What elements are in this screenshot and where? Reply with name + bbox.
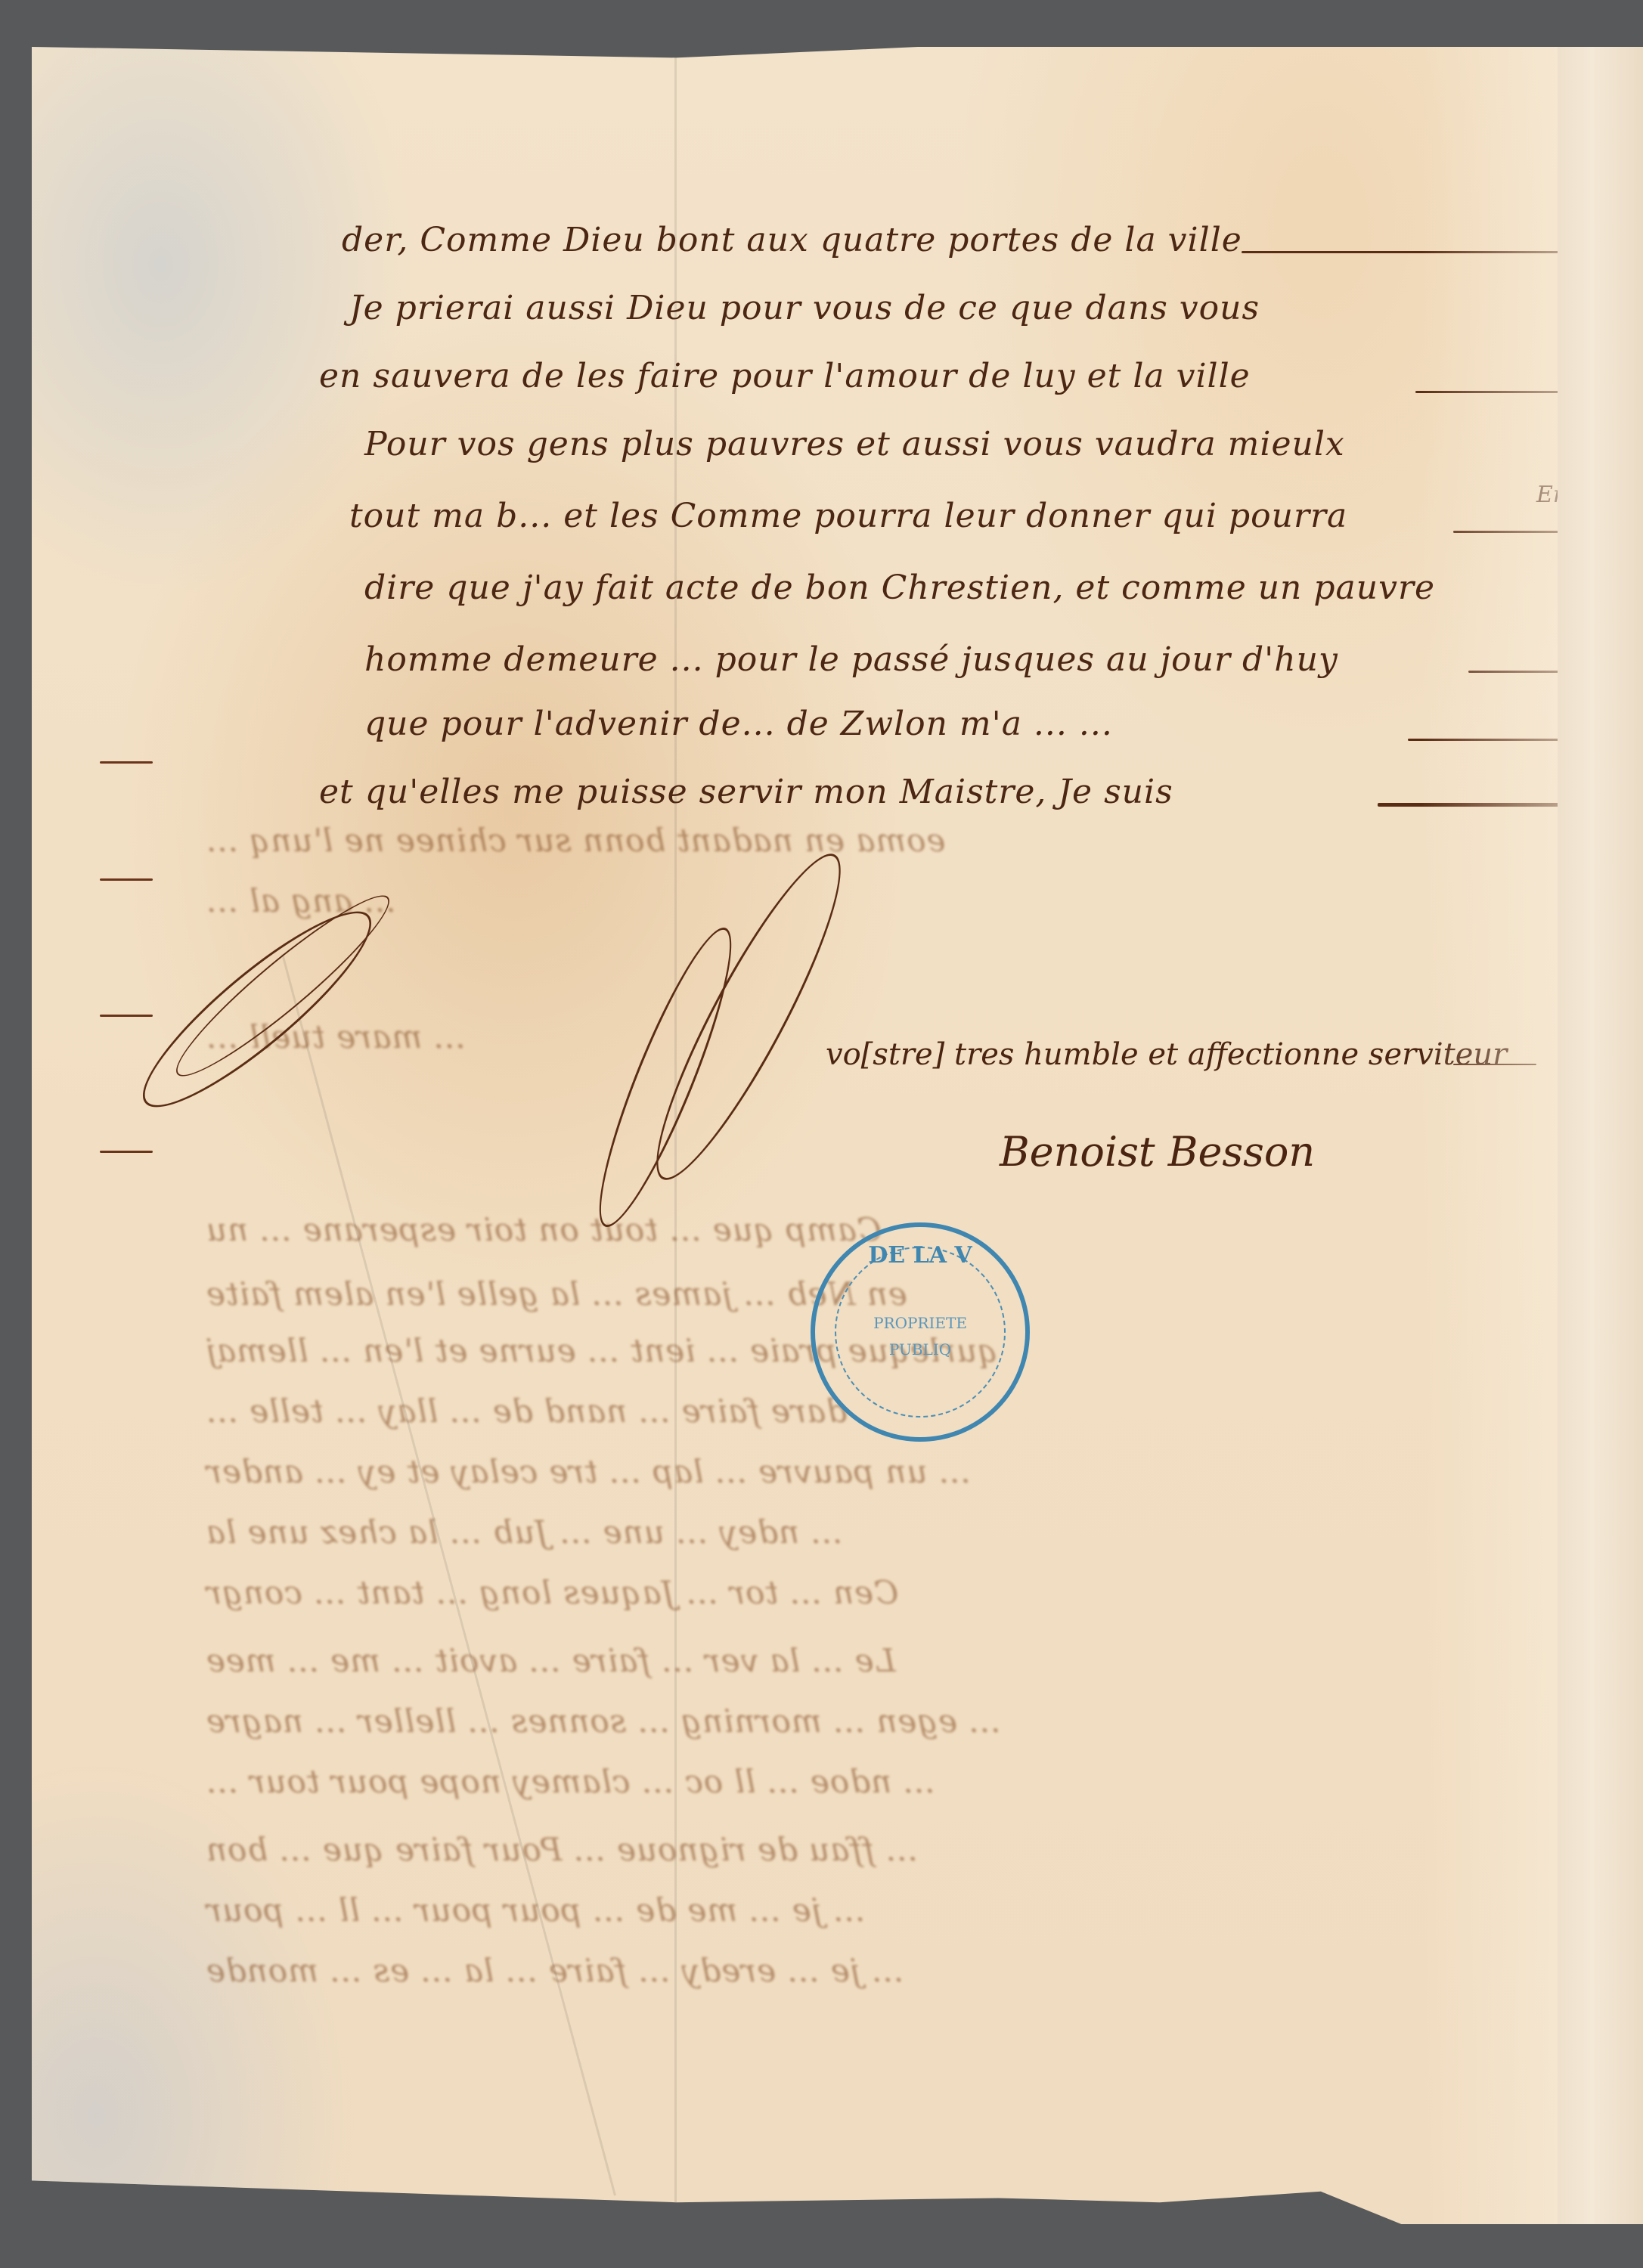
- bleed-line: en Neb ... james ... la gelle l'en alem …: [206, 1275, 907, 1312]
- bleed-line: ... ffau de rignoue ... Pour faire que .…: [206, 1831, 918, 1868]
- letter-line: Pour vos gens plus pauvres et aussi vous…: [364, 425, 1345, 463]
- bleed-line: Le ... la ver ... faire ... avoit ... me…: [206, 1642, 896, 1679]
- letter-line: der, Comme Dieu bont aux quatre portes d…: [342, 221, 1242, 259]
- stamp-inner-ring: [835, 1247, 1006, 1417]
- letter-line: Je prierai aussi Dieu pour vous de ce qu…: [349, 289, 1260, 327]
- bleed-line: ... je ... me de ... pour pour ... ll ..…: [206, 1892, 865, 1929]
- margin-dash: [100, 1015, 153, 1017]
- bleed-line: eoma en nadant bonn sur chinee ne l'unq …: [206, 822, 945, 859]
- bleed-line: ... je ... eredy ... faire ... la ... es…: [206, 1952, 904, 1989]
- letter-line: homme demeure ... pour le passé jusques …: [364, 640, 1338, 679]
- bleed-line: ... un pauvre ... lap ... tre celay et e…: [206, 1453, 971, 1490]
- letter-line: en sauvera de les faire pour l'amour de …: [319, 357, 1251, 395]
- letter-line: et qu'elles me puisse servir mon Maistre…: [319, 773, 1173, 811]
- letter-line: tout ma b... et les Comme pourra leur do…: [349, 497, 1347, 535]
- paper-repair-strip: [1421, 47, 1558, 2224]
- bleed-line: ... ndey ... une ... Jub ... la chez une…: [206, 1514, 842, 1551]
- bleed-line: dare faire ... nand de ... llay ... tell…: [206, 1393, 847, 1430]
- stamp-text-bottom: PUBLIQ: [815, 1340, 1025, 1359]
- binding-guard: [1558, 47, 1643, 2224]
- margin-dash: [100, 1151, 153, 1153]
- bleed-line: ... egen ... morning ... sonnes ... llel…: [206, 1703, 1000, 1740]
- closing-line: vo[stre] tres humble et affectionne serv…: [826, 1037, 1507, 1072]
- bleed-line: Camp que ... tout on toir esperane ... n…: [206, 1211, 882, 1248]
- margin-dash: [100, 761, 153, 764]
- margin-dash: [100, 878, 153, 881]
- letter-line: que pour l'advenir de... de Zwlon m'a ..…: [364, 705, 1113, 743]
- stamp-text-middle: PROPRIETE: [815, 1314, 1025, 1332]
- letter-line: dire que j'ay fait acte de bon Chrestien…: [364, 569, 1435, 607]
- signature: Benoist Besson: [1000, 1128, 1315, 1176]
- stamp-text-top: DE LA V: [815, 1242, 1025, 1269]
- manuscript-sheet: eoma en nadant bonn sur chinee ne l'unq …: [32, 47, 1643, 2224]
- bleed-line: Cen ... tor ... Jaques long ... tant ...…: [206, 1574, 898, 1611]
- bleed-line: ... ndoe ... ll oc ... clamey nope pour …: [206, 1763, 935, 1800]
- library-stamp: DE LA V PROPRIETE PUBLIQ: [811, 1222, 1030, 1442]
